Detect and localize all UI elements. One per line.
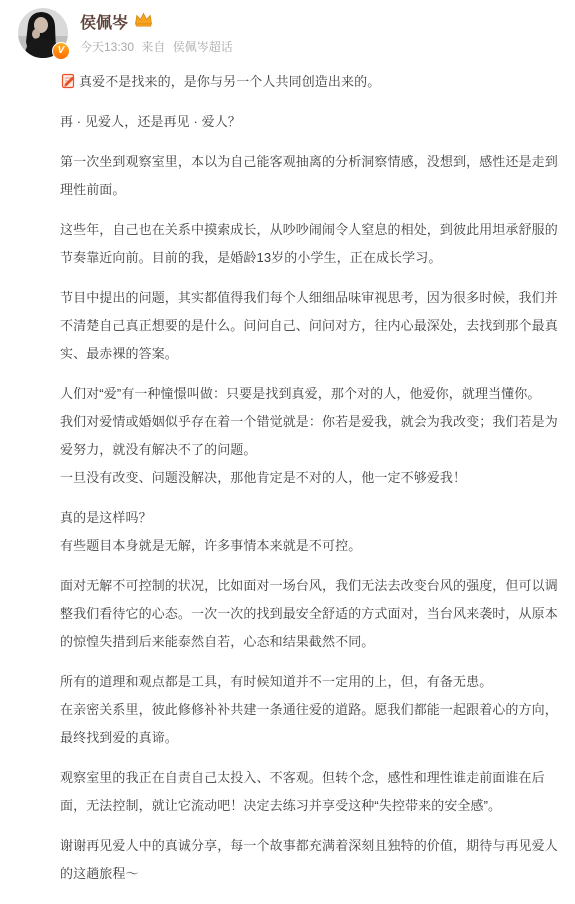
post-paragraph: 面对无解不可控制的状况，比如面对一场台风，我们无法去改变台风的强度，但可以调整我… <box>60 572 560 656</box>
post-text-line: 第一次坐到观察室里，本以为自己能客观抽离的分析洞察情感，没想到，感性还是走到理性… <box>60 148 560 204</box>
supertopic-link[interactable]: 侯佩岑超话 <box>173 40 233 54</box>
post-text-line: 这些年，自己也在关系中摸索成长，从吵吵闹闹令人窒息的相处，到彼此用坦承舒服的节奏… <box>60 216 560 272</box>
post-paragraph: 再 · 见爱人，还是再见 · 爱人？ <box>60 108 560 136</box>
post-paragraph: 人们对“爱”有一种憧憬叫做：只要是找到真爱，那个对的人，他爱你，就理当懂你。我们… <box>60 380 560 492</box>
crown-icon <box>134 12 153 32</box>
post-paragraph: 所有的道理和观点都是工具，有时候知道并不一定用的上，但，有备无患。在亲密关系里，… <box>60 668 560 752</box>
post-content: 真爱不是找来的，是你与另一个人共同创造出来的。再 · 见爱人，还是再见 · 爱人… <box>0 58 575 904</box>
post-paragraph: 真的是这样吗？有些题目本身就是无解，许多事情本来就是不可控。 <box>60 504 560 560</box>
post-paragraph: 谢谢再见爱人中的真诚分享，每一个故事都充满着深刻且独特的价值，期待与再见爱人的这… <box>60 832 560 888</box>
post-text-line: 我们对爱情或婚姻似乎存在着一个错觉就是：你若是爱我，就会为我改变；我们若是为爱努… <box>60 408 560 464</box>
post-text-line: 观察室里的我正在自责自己太投入、不客观。但转个念，感性和理性谁走前面谁在后面，无… <box>60 764 560 820</box>
post-text-line: 人们对“爱”有一种憧憬叫做：只要是找到真爱，那个对的人，他爱你，就理当懂你。 <box>60 380 560 408</box>
author-name[interactable]: 侯佩岑 <box>80 10 128 33</box>
post-text-line: 再 · 见爱人，还是再见 · 爱人？ <box>60 108 560 136</box>
post-paragraph: 观察室里的我正在自责自己太投入、不客观。但转个念，感性和理性谁走前面谁在后面，无… <box>60 764 560 820</box>
weibo-post: V 侯佩岑 今天13:30 来自 侯佩岑超话 <box>0 0 575 904</box>
post-header-text: 侯佩岑 今天13:30 来自 侯佩岑超话 <box>80 8 233 55</box>
post-text-line: 节目中提出的问题，其实都值得我们每个人细细品味审视思考，因为很多时候，我们并不清… <box>60 284 560 368</box>
post-paragraph: 真爱不是找来的，是你与另一个人共同创造出来的。 <box>60 68 560 96</box>
post-text-line: 真的是这样吗？ <box>60 504 560 532</box>
post-paragraph: 节目中提出的问题，其实都值得我们每个人细细品味审视思考，因为很多时候，我们并不清… <box>60 284 560 368</box>
post-text-line: 在亲密关系里，彼此修修补补共建一条通往爱的道路。愿我们都能一起跟着心的方向，最终… <box>60 696 560 752</box>
post-text-line: 面对无解不可控制的状况，比如面对一场台风，我们无法去改变台风的强度，但可以调整我… <box>60 572 560 656</box>
post-text-line: 一旦没有改变、问题没解决，那他肯定是不对的人，他一定不够爱我！ <box>60 464 560 492</box>
article-icon <box>60 73 76 89</box>
post-header: V 侯佩岑 今天13:30 来自 侯佩岑超话 <box>0 0 575 58</box>
post-text-line: 有些题目本身就是无解，许多事情本来就是不可控。 <box>60 532 560 560</box>
post-paragraph: 这些年，自己也在关系中摸索成长，从吵吵闹闹令人窒息的相处，到彼此用坦承舒服的节奏… <box>60 216 560 272</box>
post-text-line: 所有的道理和观点都是工具，有时候知道并不一定用的上，但，有备无患。 <box>60 668 560 696</box>
post-time: 今天13:30 <box>80 40 134 54</box>
post-paragraph: 第一次坐到观察室里，本以为自己能客观抽离的分析洞察情感，没想到，感性还是走到理性… <box>60 148 560 204</box>
post-meta: 今天13:30 来自 侯佩岑超话 <box>80 38 233 55</box>
avatar[interactable]: V <box>18 8 68 58</box>
post-text-line: 谢谢再见爱人中的真诚分享，每一个故事都充满着深刻且独特的价值，期待与再见爱人的这… <box>60 832 560 888</box>
post-text-line: 真爱不是找来的，是你与另一个人共同创造出来的。 <box>60 68 560 96</box>
verified-badge-icon: V <box>52 42 70 60</box>
source-prefix: 来自 <box>141 40 165 54</box>
